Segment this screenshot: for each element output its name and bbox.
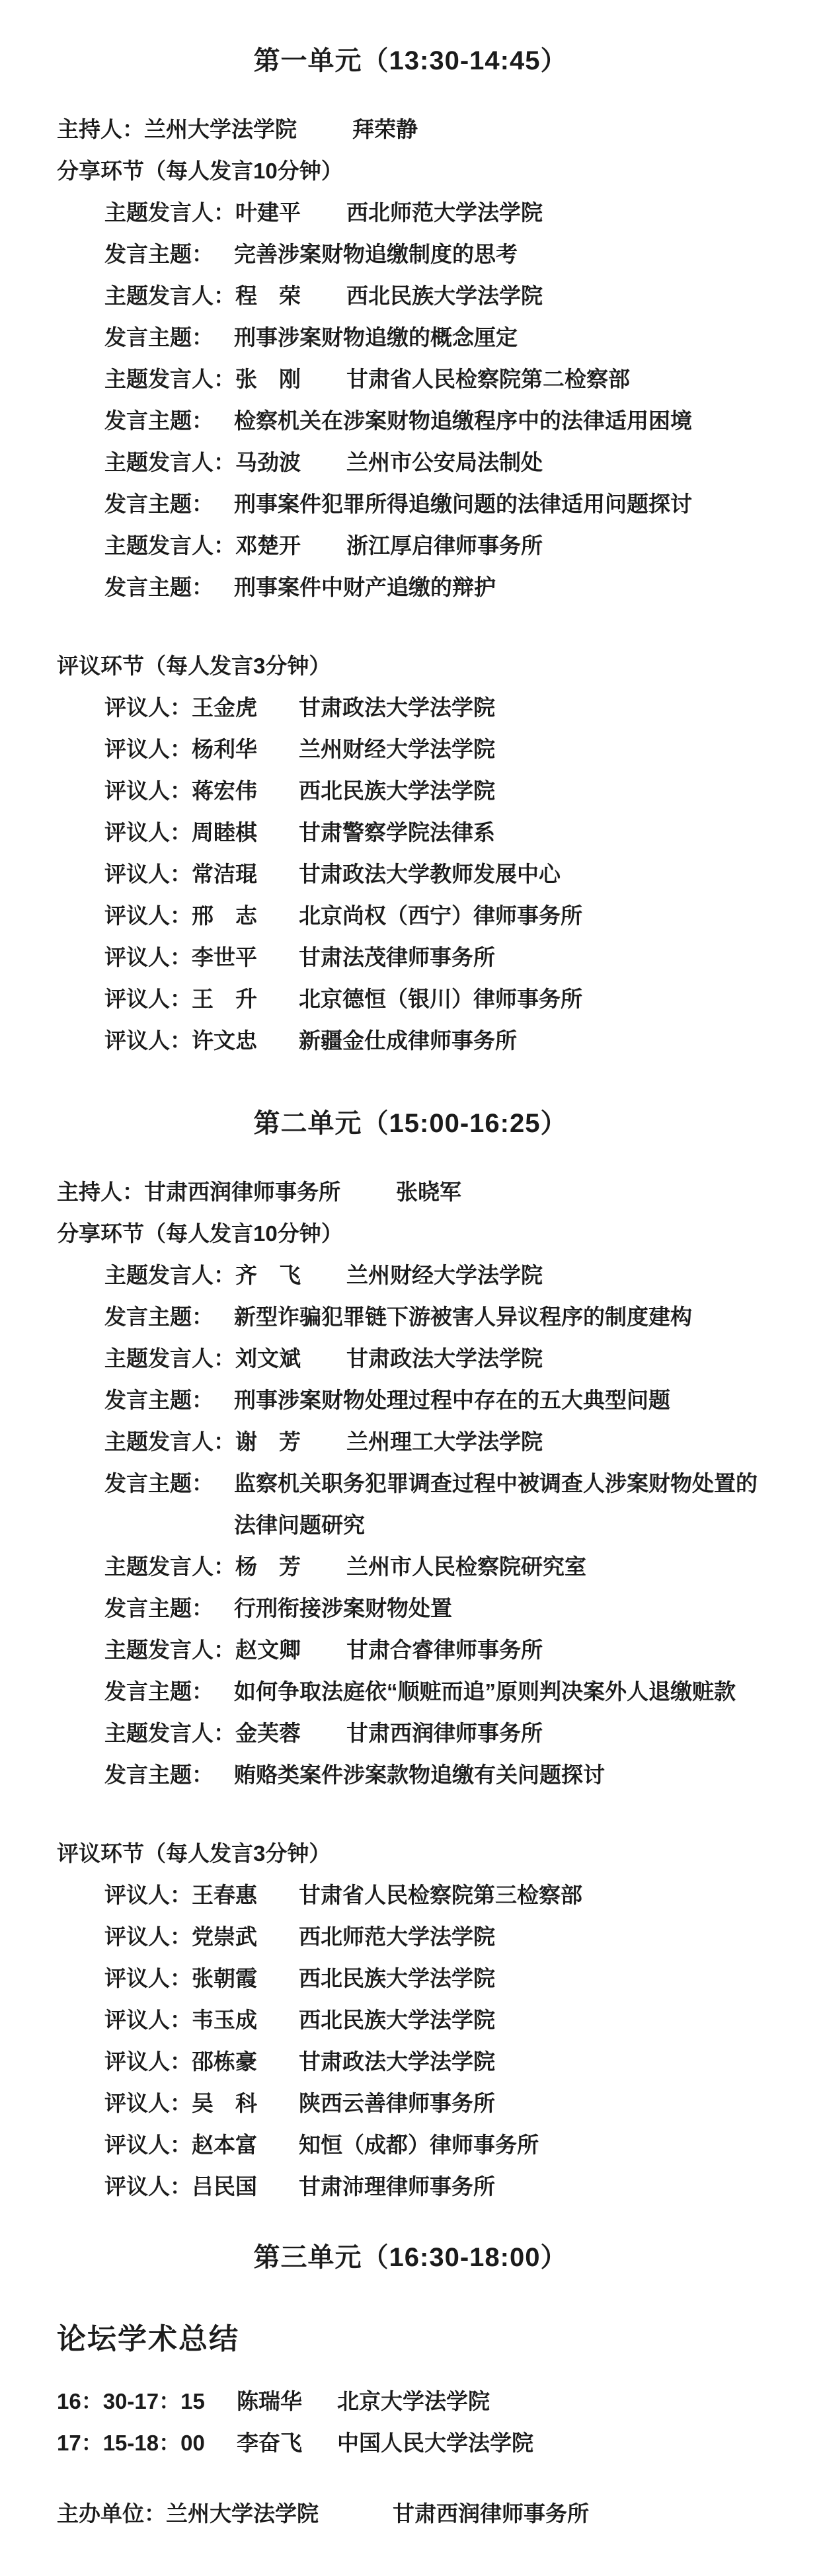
reviewer-affiliation: 北京尚权（西宁）律师事务所 xyxy=(299,903,582,928)
reviewer-line: 评议人：吕民国甘肃沛理律师事务所 xyxy=(104,2166,795,2207)
reviewer-line: 评议人：李世平甘肃法茂律师事务所 xyxy=(104,936,795,978)
topic-label: 发言主题： xyxy=(104,483,234,525)
reviewer-line: 评议人：许文忠新疆金仕成律师事务所 xyxy=(104,1020,795,1061)
reviewer-name: 吕民国 xyxy=(192,2166,299,2207)
speaker-label: 主题发言人： xyxy=(104,1638,235,1662)
unit1-title: 第一单元（13:30-14:45） xyxy=(0,37,821,85)
reviewer-name: 党崇武 xyxy=(192,1916,299,1957)
reviewer-label: 评议人： xyxy=(104,862,192,886)
summary-times: 16：30-17：15陈瑞华北京大学法学院 17：15-18：00李奋飞中国人民… xyxy=(57,2380,795,2464)
topic-line: 发言主题：刑事涉案财物追缴的概念厘定 xyxy=(104,317,795,358)
speaker-line: 主题发言人：齐 飞兰州财经大学法学院 xyxy=(104,1254,795,1296)
reviewer-name: 邢 志 xyxy=(192,895,299,936)
speaker-label: 主题发言人： xyxy=(104,1263,235,1287)
reviewer-line: 评议人：杨利华兰州财经大学法学院 xyxy=(104,728,795,770)
speaker-name: 刘文斌 xyxy=(235,1338,346,1379)
reviewer-line: 评议人：王春惠甘肃省人民检察院第三检察部 xyxy=(104,1874,795,1916)
reviewer-affiliation: 北京德恒（银川）律师事务所 xyxy=(299,987,582,1011)
topic-text: 刑事案件中财产追缴的辩护 xyxy=(234,566,496,608)
unit2-host-line: 主持人：甘肃西润律师事务所张晓军 xyxy=(57,1171,795,1213)
topic-line: 发言主题：刑事案件中财产追缴的辩护 xyxy=(104,566,795,608)
topic-label: 发言主题： xyxy=(104,566,234,608)
host-label: 主持人： xyxy=(57,117,144,141)
reviewer-label: 评议人： xyxy=(104,737,192,761)
organizer-line: 主办单位：兰州大学法学院甘肃西润律师事务所 xyxy=(57,2493,795,2534)
speaker-line: 主题发言人：叶建平西北师范大学法学院 xyxy=(104,192,795,233)
speaker-label: 主题发言人： xyxy=(104,1554,235,1579)
reviewer-label: 评议人： xyxy=(104,695,192,720)
host-org: 甘肃西润律师事务所 xyxy=(144,1180,340,1204)
topic-text: 行刑衔接涉案财物处置 xyxy=(234,1587,452,1629)
topic-line: 发言主题：如何争取法庭依“顺赃而追”原则判决案外人退缴赃款 xyxy=(104,1671,795,1712)
reviewer-name: 韦玉成 xyxy=(192,1999,299,2041)
reviewer-affiliation: 陕西云善律师事务所 xyxy=(299,2091,495,2115)
topic-label: 发言主题： xyxy=(104,317,234,358)
topic-line: 发言主题：刑事涉案财物处理过程中存在的五大典型问题 xyxy=(104,1379,795,1421)
summary-time: 17：15-18：00 xyxy=(57,2422,237,2464)
host-label: 主持人： xyxy=(57,1180,144,1204)
speaker-affiliation: 甘肃省人民检察院第二检察部 xyxy=(346,367,630,391)
reviewer-line: 评议人：吴 科陕西云善律师事务所 xyxy=(104,2082,795,2124)
speaker-line: 主题发言人：张 刚甘肃省人民检察院第二检察部 xyxy=(104,358,795,400)
topic-text: 如何争取法庭依“顺赃而追”原则判决案外人退缴赃款 xyxy=(234,1671,736,1712)
host-name: 张晓军 xyxy=(396,1180,461,1204)
reviewer-line: 评议人：王 升北京德恒（银川）律师事务所 xyxy=(104,978,795,1020)
summary-item: 17：15-18：00李奋飞中国人民大学法学院 xyxy=(57,2422,795,2464)
topic-line: 发言主题：贿赂类案件涉案款物追缴有关问题探讨 xyxy=(104,1754,795,1796)
summary-speaker: 陈瑞华 xyxy=(237,2380,337,2422)
speaker-line: 主题发言人：金芙蓉甘肃西润律师事务所 xyxy=(104,1712,795,1754)
speaker-affiliation: 西北师范大学法学院 xyxy=(346,200,543,225)
reviewer-affiliation: 知恒（成都）律师事务所 xyxy=(299,2133,539,2157)
speaker-name: 叶建平 xyxy=(235,192,346,233)
reviewer-line: 评议人：党崇武西北师范大学法学院 xyxy=(104,1916,795,1957)
reviewer-affiliation: 兰州财经大学法学院 xyxy=(299,737,495,761)
reviewer-affiliation: 西北民族大学法学院 xyxy=(299,1966,495,1990)
reviewer-name: 周睦棋 xyxy=(192,812,299,853)
unit1-host-line: 主持人：兰州大学法学院拜荣静 xyxy=(57,108,795,150)
speaker-label: 主题发言人： xyxy=(104,1429,235,1454)
topic-line: 发言主题：新型诈骗犯罪链下游被害人异议程序的制度建构 xyxy=(104,1296,795,1338)
reviewer-name: 张朝霞 xyxy=(192,1957,299,1999)
unit3-title: 第三单元（16:30-18:00） xyxy=(0,2234,821,2281)
reviewer-name: 王金虎 xyxy=(192,687,299,728)
topic-text: 贿赂类案件涉案款物追缴有关问题探讨 xyxy=(234,1754,605,1796)
organizer-1: 兰州大学法学院 xyxy=(166,2501,319,2526)
speaker-name: 杨 芳 xyxy=(235,1546,346,1587)
reviewer-affiliation: 新疆金仕成律师事务所 xyxy=(299,1028,517,1053)
speaker-name: 齐 飞 xyxy=(235,1254,346,1296)
reviewer-label: 评议人： xyxy=(104,1924,192,1949)
reviewer-line: 评议人：张朝霞西北民族大学法学院 xyxy=(104,1957,795,1999)
speaker-affiliation: 兰州理工大学法学院 xyxy=(346,1429,543,1454)
speaker-label: 主题发言人： xyxy=(104,200,235,225)
reviewer-affiliation: 甘肃警察学院法律系 xyxy=(299,820,495,845)
summary-speaker: 李奋飞 xyxy=(237,2422,337,2464)
topic-line: 发言主题：刑事案件犯罪所得追缴问题的法律适用问题探讨 xyxy=(104,483,795,525)
topic-text: 新型诈骗犯罪链下游被害人异议程序的制度建构 xyxy=(234,1296,692,1338)
speaker-line: 主题发言人：邓楚开浙江厚启律师事务所 xyxy=(104,525,795,566)
speaker-label: 主题发言人： xyxy=(104,450,235,474)
topic-text: 刑事涉案财物追缴的概念厘定 xyxy=(234,317,518,358)
topic-label: 发言主题： xyxy=(104,1296,234,1338)
reviewer-line: 评议人：常洁琨甘肃政法大学教师发展中心 xyxy=(104,853,795,895)
speaker-line: 主题发言人：马劲波兰州市公安局法制处 xyxy=(104,441,795,483)
reviewer-label: 评议人： xyxy=(104,2174,192,2199)
reviewer-label: 评议人： xyxy=(104,2133,192,2157)
document-content: 第一单元（13:30-14:45） 主持人：兰州大学法学院拜荣静 分享环节（每人… xyxy=(0,0,821,2534)
speaker-affiliation: 甘肃合睿律师事务所 xyxy=(346,1638,543,1662)
reviewer-name: 王春惠 xyxy=(192,1874,299,1916)
summary-affiliation: 中国人民大学法学院 xyxy=(337,2431,533,2455)
reviewer-affiliation: 甘肃法茂律师事务所 xyxy=(299,945,495,969)
reviewer-label: 评议人： xyxy=(104,945,192,969)
summary-time: 16：30-17：15 xyxy=(57,2380,237,2422)
topic-label: 发言主题： xyxy=(104,233,234,275)
topic-label: 发言主题： xyxy=(104,400,234,441)
speaker-label: 主题发言人： xyxy=(104,367,235,391)
speaker-name: 赵文卿 xyxy=(235,1629,346,1671)
topic-line: 发言主题：完善涉案财物追缴制度的思考 xyxy=(104,233,795,275)
speaker-line: 主题发言人：谢 芳兰州理工大学法学院 xyxy=(104,1421,795,1462)
reviewer-name: 许文忠 xyxy=(192,1020,299,1061)
speaker-line: 主题发言人：赵文卿甘肃合睿律师事务所 xyxy=(104,1629,795,1671)
summary-heading: 论坛学术总结 xyxy=(57,2314,795,2365)
reviewer-name: 李世平 xyxy=(192,936,299,978)
topic-label: 发言主题： xyxy=(104,1462,234,1504)
reviewer-label: 评议人： xyxy=(104,2091,192,2115)
organizer-2: 甘肃西润律师事务所 xyxy=(393,2501,589,2526)
speaker-label: 主题发言人： xyxy=(104,284,235,308)
speaker-name: 谢 芳 xyxy=(235,1421,346,1462)
speaker-label: 主题发言人： xyxy=(104,1721,235,1745)
reviewer-affiliation: 西北民族大学法学院 xyxy=(299,778,495,803)
reviewer-label: 评议人： xyxy=(104,778,192,803)
reviewer-label: 评议人： xyxy=(104,2008,192,2032)
unit1-share-heading: 分享环节（每人发言10分钟） xyxy=(57,150,795,192)
topic-text: 监察机关职务犯罪调查过程中被调查人涉案财物处置的法律问题研究 xyxy=(234,1462,771,1546)
speaker-name: 金芙蓉 xyxy=(235,1712,346,1754)
reviewer-affiliation: 甘肃政法大学法学院 xyxy=(299,695,495,720)
topic-text: 检察机关在涉案财物追缴程序中的法律适用困境 xyxy=(234,400,692,441)
topic-line: 发言主题：监察机关职务犯罪调查过程中被调查人涉案财物处置的法律问题研究 xyxy=(104,1462,795,1546)
speaker-name: 程 荣 xyxy=(235,275,346,317)
speaker-name: 邓楚开 xyxy=(235,525,346,566)
summary-affiliation: 北京大学法学院 xyxy=(337,2389,490,2413)
topic-label: 发言主题： xyxy=(104,1671,234,1712)
speaker-affiliation: 兰州市公安局法制处 xyxy=(346,450,543,474)
reviewer-affiliation: 西北民族大学法学院 xyxy=(299,2008,495,2032)
speaker-line: 主题发言人：刘文斌甘肃政法大学法学院 xyxy=(104,1338,795,1379)
document-page: 第一单元（13:30-14:45） 主持人：兰州大学法学院拜荣静 分享环节（每人… xyxy=(0,0,821,2576)
reviewer-affiliation: 甘肃政法大学教师发展中心 xyxy=(299,862,561,886)
organizer-label: 主办单位： xyxy=(57,2501,166,2526)
speaker-label: 主题发言人： xyxy=(104,533,235,558)
unit2-title: 第二单元（15:00-16:25） xyxy=(0,1100,821,1147)
speaker-affiliation: 甘肃西润律师事务所 xyxy=(346,1721,543,1745)
host-org: 兰州大学法学院 xyxy=(144,117,297,141)
speaker-line: 主题发言人：杨 芳兰州市人民检察院研究室 xyxy=(104,1546,795,1587)
topic-line: 发言主题：行刑衔接涉案财物处置 xyxy=(104,1587,795,1629)
topic-line: 发言主题：检察机关在涉案财物追缴程序中的法律适用困境 xyxy=(104,400,795,441)
reviewer-line: 评议人：王金虎甘肃政法大学法学院 xyxy=(104,687,795,728)
topic-text: 刑事案件犯罪所得追缴问题的法律适用问题探讨 xyxy=(234,483,692,525)
reviewer-label: 评议人： xyxy=(104,903,192,928)
topic-text: 刑事涉案财物处理过程中存在的五大典型问题 xyxy=(234,1379,670,1421)
speaker-name: 马劲波 xyxy=(235,441,346,483)
reviewer-name: 赵本富 xyxy=(192,2124,299,2166)
reviewer-name: 吴 科 xyxy=(192,2082,299,2124)
reviewer-label: 评议人： xyxy=(104,987,192,1011)
reviewer-affiliation: 甘肃沛理律师事务所 xyxy=(299,2174,495,2199)
reviewer-line: 评议人：周睦棋甘肃警察学院法律系 xyxy=(104,812,795,853)
reviewer-affiliation: 甘肃省人民检察院第三检察部 xyxy=(299,1883,582,1907)
reviewer-label: 评议人： xyxy=(104,1966,192,1990)
reviewer-line: 评议人：邢 志北京尚权（西宁）律师事务所 xyxy=(104,895,795,936)
speaker-affiliation: 浙江厚启律师事务所 xyxy=(346,533,543,558)
topic-text: 完善涉案财物追缴制度的思考 xyxy=(234,233,518,275)
speaker-affiliation: 西北民族大学法学院 xyxy=(346,284,543,308)
unit2-share-heading: 分享环节（每人发言10分钟） xyxy=(57,1213,795,1254)
speaker-label: 主题发言人： xyxy=(104,1346,235,1371)
speaker-affiliation: 兰州财经大学法学院 xyxy=(346,1263,543,1287)
reviewer-line: 评议人：蒋宏伟西北民族大学法学院 xyxy=(104,770,795,812)
unit2-review-heading: 评议环节（每人发言3分钟） xyxy=(57,1833,795,1874)
reviewer-label: 评议人： xyxy=(104,820,192,845)
reviewer-name: 杨利华 xyxy=(192,728,299,770)
reviewer-line: 评议人：赵本富知恒（成都）律师事务所 xyxy=(104,2124,795,2166)
reviewer-name: 邵栋豪 xyxy=(192,2041,299,2082)
reviewer-name: 王 升 xyxy=(192,978,299,1020)
unit1-review-heading: 评议环节（每人发言3分钟） xyxy=(57,645,795,687)
reviewer-label: 评议人： xyxy=(104,1883,192,1907)
topic-label: 发言主题： xyxy=(104,1379,234,1421)
speaker-line: 主题发言人：程 荣西北民族大学法学院 xyxy=(104,275,795,317)
reviewer-affiliation: 甘肃政法大学法学院 xyxy=(299,2049,495,2074)
reviewer-label: 评议人： xyxy=(104,1028,192,1053)
reviewer-affiliation: 西北师范大学法学院 xyxy=(299,1924,495,1949)
reviewer-line: 评议人：邵栋豪甘肃政法大学法学院 xyxy=(104,2041,795,2082)
topic-label: 发言主题： xyxy=(104,1587,234,1629)
reviewer-line: 评议人：韦玉成西北民族大学法学院 xyxy=(104,1999,795,2041)
speaker-affiliation: 甘肃政法大学法学院 xyxy=(346,1346,543,1371)
host-name: 拜荣静 xyxy=(352,117,418,141)
summary-item: 16：30-17：15陈瑞华北京大学法学院 xyxy=(57,2380,795,2422)
topic-label: 发言主题： xyxy=(104,1754,234,1796)
speaker-name: 张 刚 xyxy=(235,358,346,400)
reviewer-name: 蒋宏伟 xyxy=(192,770,299,812)
reviewer-label: 评议人： xyxy=(104,2049,192,2074)
speaker-affiliation: 兰州市人民检察院研究室 xyxy=(346,1554,586,1579)
reviewer-name: 常洁琨 xyxy=(192,853,299,895)
